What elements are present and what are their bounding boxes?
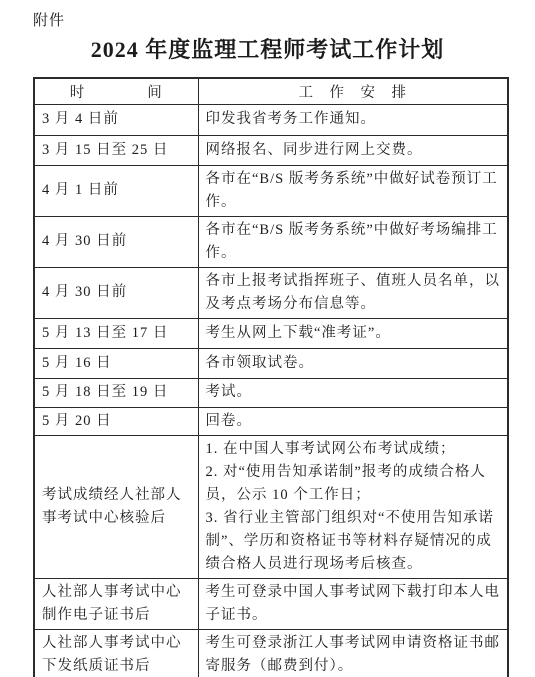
table-row: 5 月 13 日至 17 日 考生从网上下载“准考证”。 [34,318,508,348]
time-cell: 5 月 18 日至 19 日 [34,378,198,407]
time-cell: 4 月 1 日前 [34,165,198,216]
time-cell: 4 月 30 日前 [34,267,198,318]
time-cell: 人社部人事考试中心制作电子证书后 [34,578,198,629]
arrangement-cell: 各市在“B/S 版考务系统”中做好考场编排工作。 [198,216,508,267]
table-row: 4 月 30 日前 各市在“B/S 版考务系统”中做好考场编排工作。 [34,216,508,267]
time-cell: 5 月 16 日 [34,348,198,378]
time-cell: 人社部人事考试中心下发纸质证书后 [34,629,198,677]
schedule-table: 时 间 工 作 安 排 3 月 4 日前 印发我省考务工作通知。 3 月 15 … [33,77,509,677]
table-row: 考试成绩经人社部人事考试中心核验后 1. 在中国人事考试网公布考试成绩； 2. … [34,435,508,578]
arrangement-cell: 各市上报考试指挥班子、值班人员名单，以及考点考场分布信息等。 [198,267,508,318]
attachment-label: 附件 [33,9,65,30]
time-cell: 考试成绩经人社部人事考试中心核验后 [34,435,198,578]
arrangement-cell: 考生可登录中国人事考试网下载打印本人电子证书。 [198,578,508,629]
header-time: 时 间 [34,78,198,104]
table-header-row: 时 间 工 作 安 排 [34,78,508,104]
time-cell: 3 月 4 日前 [34,104,198,135]
table-row: 5 月 18 日至 19 日 考试。 [34,378,508,407]
time-cell: 3 月 15 日至 25 日 [34,135,198,165]
table-row: 4 月 1 日前 各市在“B/S 版考务系统”中做好试卷预订工作。 [34,165,508,216]
arrangement-cell: 网络报名、同步进行网上交费。 [198,135,508,165]
arrangement-cell: 1. 在中国人事考试网公布考试成绩； 2. 对“使用告知承诺制”报考的成绩合格人… [198,435,508,578]
arrangement-cell: 回卷。 [198,407,508,435]
arrangement-cell: 考生从网上下载“准考证”。 [198,318,508,348]
time-cell: 5 月 13 日至 17 日 [34,318,198,348]
time-cell: 4 月 30 日前 [34,216,198,267]
document-page: 附件 2024 年度监理工程师考试工作计划 时 间 工 作 安 排 3 月 4 … [0,0,535,677]
table-row: 人社部人事考试中心下发纸质证书后 考生可登录浙江人事考试网申请资格证书邮寄服务（… [34,629,508,677]
header-arrangement: 工 作 安 排 [198,78,508,104]
page-title: 2024 年度监理工程师考试工作计划 [0,33,535,64]
arrangement-cell: 印发我省考务工作通知。 [198,104,508,135]
table-row: 5 月 16 日 各市领取试卷。 [34,348,508,378]
table-row: 5 月 20 日 回卷。 [34,407,508,435]
table-row: 3 月 4 日前 印发我省考务工作通知。 [34,104,508,135]
table-row: 人社部人事考试中心制作电子证书后 考生可登录中国人事考试网下载打印本人电子证书。 [34,578,508,629]
time-cell: 5 月 20 日 [34,407,198,435]
table-row: 3 月 15 日至 25 日 网络报名、同步进行网上交费。 [34,135,508,165]
arrangement-cell: 各市在“B/S 版考务系统”中做好试卷预订工作。 [198,165,508,216]
arrangement-cell: 考试。 [198,378,508,407]
arrangement-cell: 各市领取试卷。 [198,348,508,378]
table-row: 4 月 30 日前 各市上报考试指挥班子、值班人员名单，以及考点考场分布信息等。 [34,267,508,318]
arrangement-cell: 考生可登录浙江人事考试网申请资格证书邮寄服务（邮费到付）。 [198,629,508,677]
